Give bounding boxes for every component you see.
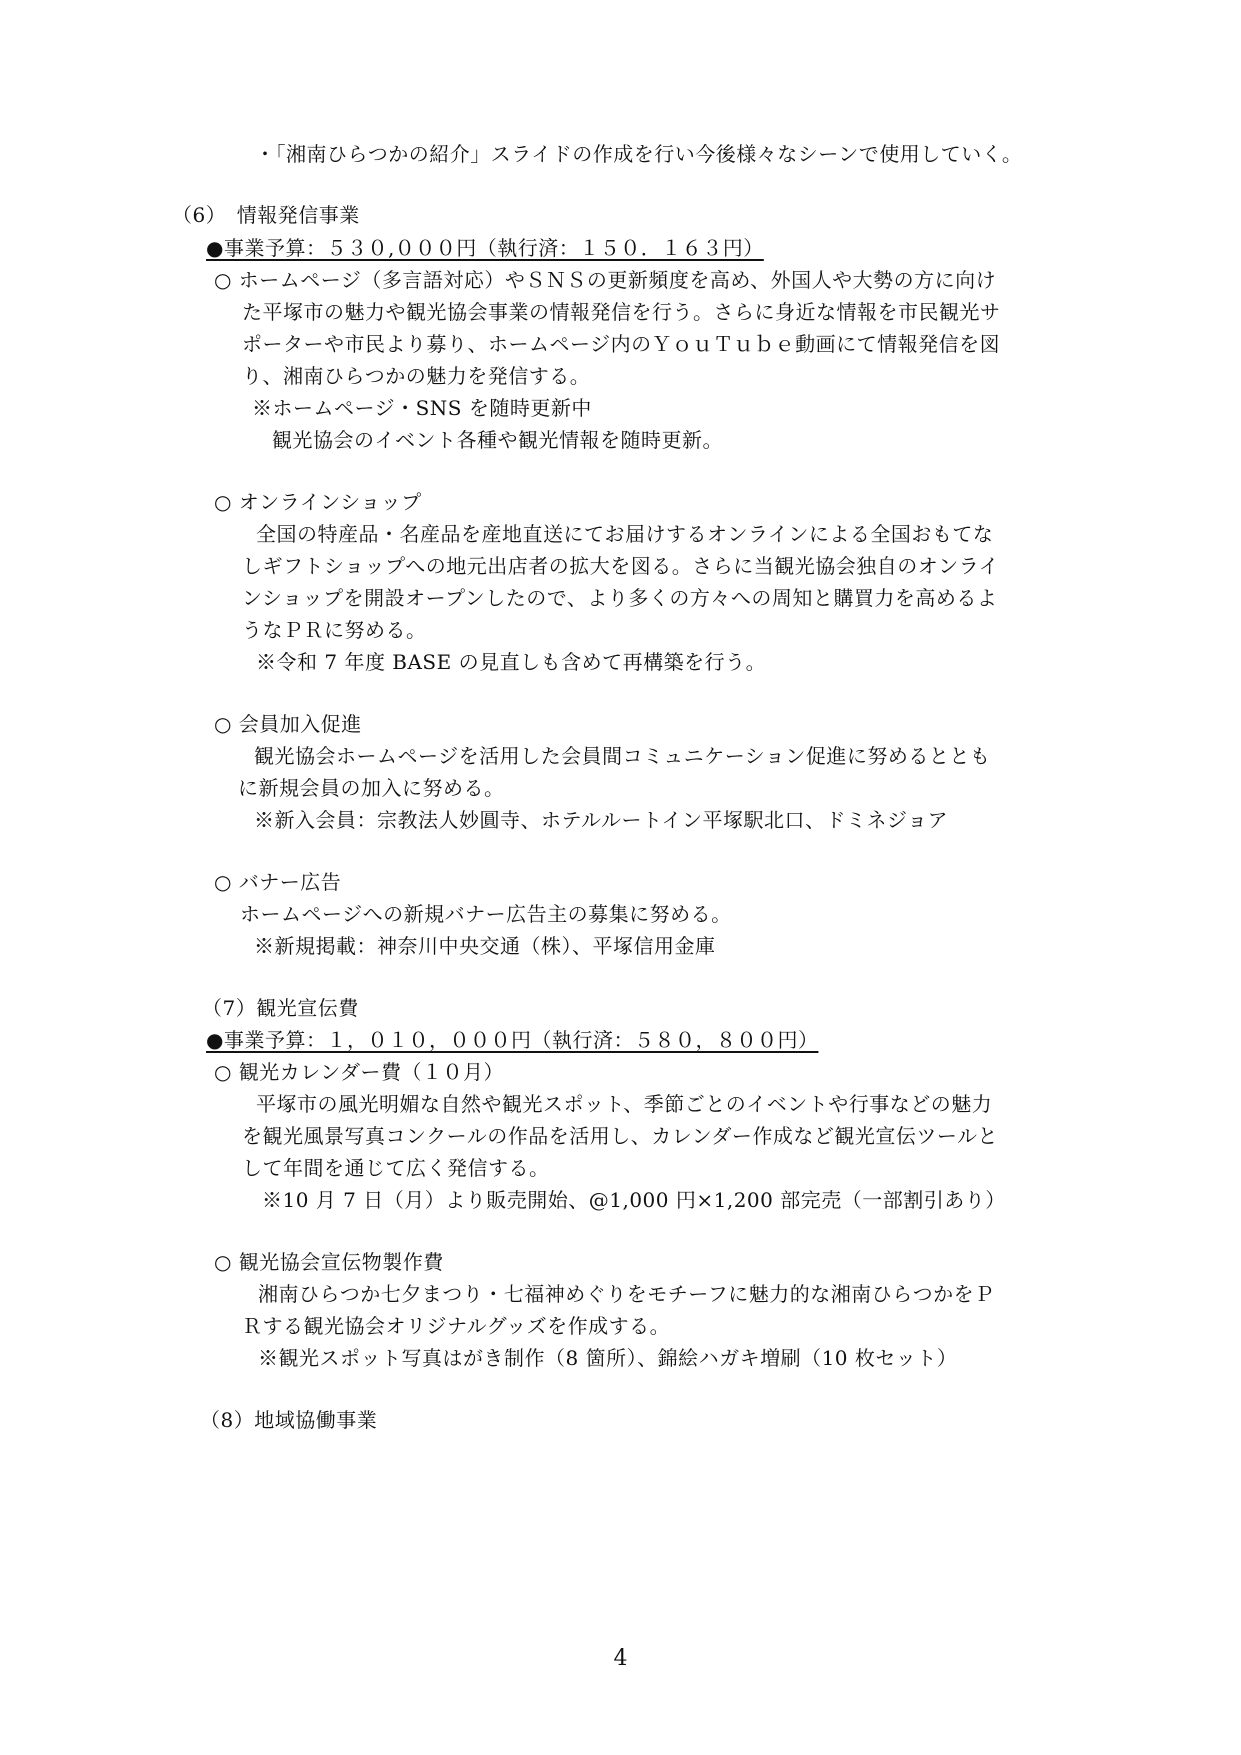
- section-7-heading: （7）観光宣伝費: [202, 996, 359, 1020]
- item-text: して年間を通じて広く発信する。: [242, 1156, 550, 1180]
- item-text: た平塚市の魅力や観光協会事業の情報発信を行う。さらに身近な情報を市民観光サ: [242, 300, 1001, 324]
- item-title: ○ 会員加入促進: [214, 712, 362, 736]
- item-note: ※新規掲載：神奈川中央交通（株）、平塚信用金庫: [254, 934, 716, 958]
- page-number: 4: [0, 1646, 1241, 1671]
- item-title: ○ 観光カレンダー費（１０月）: [214, 1060, 504, 1084]
- item-note: 観光協会のイベント各種や観光情報を随時更新。: [272, 428, 723, 452]
- item-text: ポーターや市民より募り、ホームページ内のＹｏｕＴｕｂｅ動画にて情報発信を図: [242, 332, 1000, 356]
- item-note: ※令和 7 年度 BASE の見直しも含めて再構築を行う。: [256, 650, 766, 674]
- intro-line: ・「湘南ひらつかの紹介」スライドの作成を行い今後様々なシーンで使用していく。: [255, 142, 1022, 166]
- item-text: ンショップを開設オープンしたので、より多くの方々への周知と購買力を高めるよ: [242, 586, 997, 610]
- item-title: ○ オンラインショップ: [214, 490, 422, 514]
- item-text: ホームページへの新規バナー広告主の募集に努める。: [240, 902, 732, 926]
- item-note: ※ホームページ・SNS を随時更新中: [252, 396, 592, 420]
- item-title: ○ バナー広告: [214, 870, 341, 894]
- item-text: しギフトショップへの地元出店者の拡大を図る。さらに当観光協会独自のオンライ: [242, 554, 999, 578]
- item-text: 湘南ひらつか七夕まつり・七福神めぐりをモチーフに魅力的な湘南ひらつかをＰ: [258, 1282, 995, 1306]
- item-text: に新規会員の加入に努める。: [238, 776, 505, 800]
- section-6-heading: （6） 情報発信事業: [172, 203, 360, 227]
- item-text: 平塚市の風光明媚な自然や観光スポット、季節ごとのイベントや行事などの魅力: [256, 1092, 992, 1116]
- item-note: ※観光スポット写真はがき制作（8 箇所）、錦絵ハガキ増刷（10 枚セット）: [258, 1346, 957, 1370]
- item-text: を観光風景写真コンクールの作品を活用し、カレンダー作成など観光宣伝ツールと: [242, 1124, 998, 1148]
- item-title: ○ 観光協会宣伝物製作費: [214, 1250, 444, 1274]
- item-note: ※新入会員：宗教法人妙圓寺、ホテルルートイン平塚駅北口、ドミネジョア: [254, 808, 948, 832]
- item-text: 全国の特産品・名産品を産地直送にてお届けするオンラインによる全国おもてな: [256, 522, 993, 546]
- item-note: ※10 月 7 日（月）より販売開始、@1,000 円×1,200 部完売（一部…: [262, 1188, 1006, 1212]
- item-title: ○ ホームページ（多言語対応）やＳＮＳの更新頻度を高め、外国人や大勢の方に向け: [214, 268, 996, 292]
- item-text: うなＰＲに努める。: [242, 618, 427, 642]
- section-8-heading: （8）地域協働事業: [200, 1408, 377, 1432]
- item-text: り、湘南ひらつかの魅力を発信する。: [242, 364, 590, 388]
- section-6-budget: ●事業予算：５３０,０００円（執行済：１５０．１６３円）: [206, 236, 764, 260]
- section-7-budget: ●事業予算：１，０１０，０００円（執行済：５８０，８００円）: [206, 1028, 818, 1052]
- item-text: Ｒする観光協会オリジナルグッズを作成する。: [242, 1314, 670, 1338]
- item-text: 観光協会ホームページを活用した会員間コミュニケーション促進に努めるととも: [254, 744, 990, 768]
